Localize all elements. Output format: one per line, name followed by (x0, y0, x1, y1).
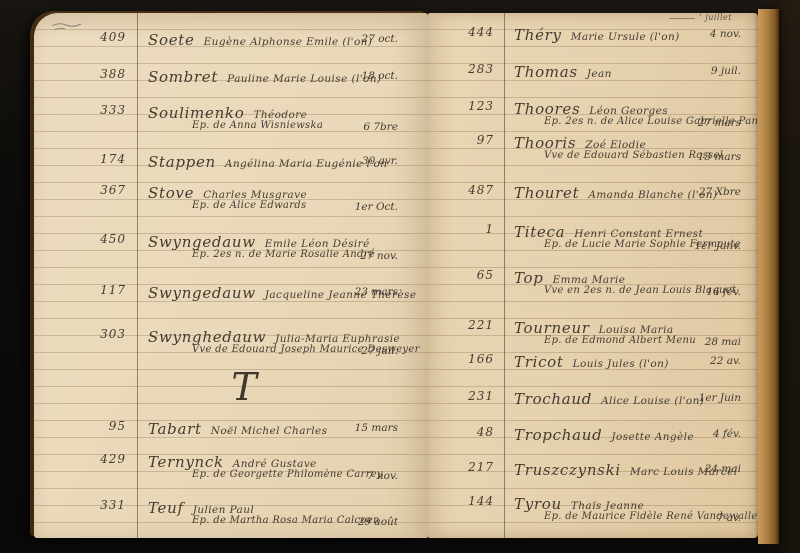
register-entry: 450 SwyngedauwEmile Léon Désiré Ep. 2es … (34, 232, 428, 250)
surname: Tabart (148, 420, 202, 438)
entry-date: 4 fév. (713, 428, 741, 440)
given-names: Jean (587, 68, 612, 80)
entry-date: 22 av. (710, 355, 741, 367)
right-page: ’ juillet 444 ThéryMarie Ursule (l'on) 4… (428, 13, 758, 538)
entry-date: 16 fév. (706, 286, 741, 298)
entry-name: SombretPauline Marie Louise (l'on) (148, 67, 381, 86)
register-entry: 333 SoulimenkoThéodore Ep. de Anna Wisni… (34, 103, 428, 121)
entry-number: 166 (434, 352, 494, 366)
surname: Tropchaud (514, 426, 602, 444)
entry-number: 283 (434, 62, 494, 76)
register-entry: 221 TourneurLouisa Maria Ep. de Edmond A… (428, 318, 758, 336)
entry-date: 15 mars (355, 422, 398, 434)
entry-name: ThéryMarie Ursule (l'on) (514, 25, 680, 44)
entry-number: 444 (434, 25, 494, 39)
register-entry: 174 StappenAngélina Maria Eugénie l'on 3… (34, 152, 428, 170)
register-entry: 97 ThoorisZoé Elodie Vve de Edouard Séba… (428, 133, 758, 151)
entry-date: 1er Janv. (694, 240, 741, 252)
entry-number: 1 (434, 222, 494, 236)
entry-number: 333 (62, 103, 126, 117)
entry-date: 1er Oct. (355, 201, 398, 213)
spouse-line: Ep. de Edmond Albert Menu (544, 335, 696, 346)
entry-date: 30 avr. (362, 155, 398, 167)
register-entry: 388 SombretPauline Marie Louise (l'on) 1… (34, 67, 428, 85)
entry-number: 367 (62, 183, 126, 197)
surname: Teuf (148, 499, 184, 517)
left-page: 409 SoeteEugène Alphonse Emile (l'on) 27… (34, 13, 428, 538)
entry-number: 303 (62, 327, 126, 341)
given-names: Louis Jules (l'on) (573, 358, 669, 370)
surname: Tricot (514, 353, 564, 371)
entry-name: TricotLouis Jules (l'on) (514, 352, 669, 371)
entry-date: 1er Juin (699, 392, 741, 404)
entry-number: 174 (62, 152, 126, 166)
register-entry: 95 TabartNoël Michel Charles 15 mars (34, 419, 428, 437)
entry-date: 27 mars (698, 117, 741, 129)
entry-name: TrochaudAlice Louise (l'on) (514, 389, 704, 408)
entry-number: 65 (434, 268, 494, 282)
entry-date: 23 mars (355, 286, 398, 298)
entry-name: ThomasJean (514, 62, 612, 81)
entry-date: 6 7bre (363, 121, 398, 133)
register-entry: 409 SoeteEugène Alphonse Emile (l'on) 27… (34, 30, 428, 48)
entry-date: 24 mai (705, 463, 741, 475)
entry-number: 144 (434, 494, 494, 508)
entry-number: 231 (434, 389, 494, 403)
entry-date: 7 nov. (367, 470, 398, 482)
register-book-scan: 409 SoeteEugène Alphonse Emile (l'on) 27… (0, 0, 800, 553)
entry-number: 97 (434, 133, 494, 147)
corner-note-juillet: ’ juillet (669, 13, 732, 22)
register-entry: 166 TricotLouis Jules (l'on) 22 av. (428, 352, 758, 370)
surname: Truszczynski (514, 461, 621, 479)
surname: Thouret (514, 184, 579, 202)
register-entry: 303 SwynghedauwJulia-Maria Euphrasie Vve… (34, 327, 428, 345)
entry-date: 7 av. (717, 512, 741, 524)
register-entry: 217 TruszczynskiMarc Louis Marcel 24 mai (428, 460, 758, 478)
entry-number: 217 (434, 460, 494, 474)
spouse-line: Ep. 2es n. de Marie Rosalie André (192, 249, 375, 260)
surname: Swyngedauw (148, 284, 256, 302)
entry-number: 487 (434, 183, 494, 197)
entry-date: 29 août (358, 516, 398, 528)
entry-name: SoeteEugène Alphonse Emile (l'on) (148, 30, 372, 49)
surname: Sombret (148, 68, 218, 86)
entry-date: 9 juil. (711, 65, 741, 77)
entry-name: TropchaudJosette Angèle (514, 425, 694, 444)
given-names: Noël Michel Charles (211, 425, 328, 437)
entry-number: 123 (434, 99, 494, 113)
surname: Soete (148, 31, 195, 49)
given-names: Josette Angèle (611, 431, 694, 443)
register-entry: 1 TitecaHenri Constant Ernest Ep. de Luc… (428, 222, 758, 240)
entry-date: 13 mars (698, 151, 741, 163)
surname: Stappen (148, 153, 216, 171)
entry-date: 4 nov. (710, 28, 741, 40)
given-names: Alice Louise (l'on) (601, 395, 704, 407)
register-entry: 367 StoveCharles Musgrave Ep. de Alice E… (34, 183, 428, 201)
register-entry: 48 TropchaudJosette Angèle 4 fév. (428, 425, 758, 443)
entry-date: 27 Xbre (699, 186, 741, 198)
surname: Théry (514, 26, 562, 44)
entry-date: 27 nov. (360, 250, 398, 262)
spouse-line: Vve de Edouard Sébastien Rossel (544, 150, 723, 161)
entry-number: 331 (62, 498, 126, 512)
spouse-line: Ep. de Alice Edwards (192, 200, 306, 211)
entry-date: 28 mai (705, 336, 741, 348)
register-entry: 144 TyrouThaïs Jeanne Ep. de Maurice Fid… (428, 494, 758, 512)
surname: Thomas (514, 63, 578, 81)
given-names: Marie Ursule (l'on) (571, 31, 680, 43)
entry-name: ThouretAmanda Blanche (l'on) (514, 183, 717, 202)
entry-name: StappenAngélina Maria Eugénie l'on (148, 152, 387, 171)
register-entry: 429 TernynckAndré Gustave Ep. de Georget… (34, 452, 428, 470)
spouse-line: Ep. 2es n. de Alice Louise Gabrielle Pan… (544, 116, 780, 127)
spouse-line: Ep. de Georgette Philomène Carrey (192, 469, 383, 480)
register-entry: 231 TrochaudAlice Louise (l'on) 1er Juin (428, 389, 758, 407)
given-names: Eugène Alphonse Emile (l'on) (204, 36, 373, 48)
surname: Stove (148, 184, 194, 202)
register-entry: 444 ThéryMarie Ursule (l'on) 4 nov. (428, 25, 758, 43)
entry-name: TabartNoël Michel Charles (148, 419, 327, 438)
entry-date: 27 oct. (362, 33, 398, 45)
register-entry: 487 ThouretAmanda Blanche (l'on) 27 Xbre (428, 183, 758, 201)
entry-number: 409 (62, 30, 126, 44)
surname: Trochaud (514, 390, 592, 408)
entry-number: 117 (62, 283, 126, 297)
section-letter-T: T (174, 365, 314, 409)
register-entry: 331 TeufJulien Paul Ep. de Martha Rosa M… (34, 498, 428, 516)
register-entry: 283 ThomasJean 9 juil. (428, 62, 758, 80)
spouse-line: Ep. de Martha Rosa Maria Calcoen (192, 515, 380, 526)
entry-number: 48 (434, 425, 494, 439)
page-block-edge (758, 9, 779, 544)
spouse-line: Ep. de Anna Wisniewska (192, 120, 323, 131)
entry-date: 18 oct. (362, 70, 398, 82)
entry-number: 429 (62, 452, 126, 466)
entry-number: 450 (62, 232, 126, 246)
surname: Top (514, 269, 544, 287)
entry-number: 388 (62, 67, 126, 81)
entry-date: 27 juil. (361, 345, 398, 357)
register-entry: 123 ThooresLéon Georges Ep. 2es n. de Al… (428, 99, 758, 117)
register-entry: 117 SwyngedauwJacqueline Jeanne Thérèse … (34, 283, 428, 301)
register-entry: 65 TopEmma Marie Vve en 2es n. de Jean L… (428, 268, 758, 286)
given-names: Pauline Marie Louise (l'on) (227, 73, 381, 85)
entry-number: 221 (434, 318, 494, 332)
entry-number: 95 (62, 419, 126, 433)
